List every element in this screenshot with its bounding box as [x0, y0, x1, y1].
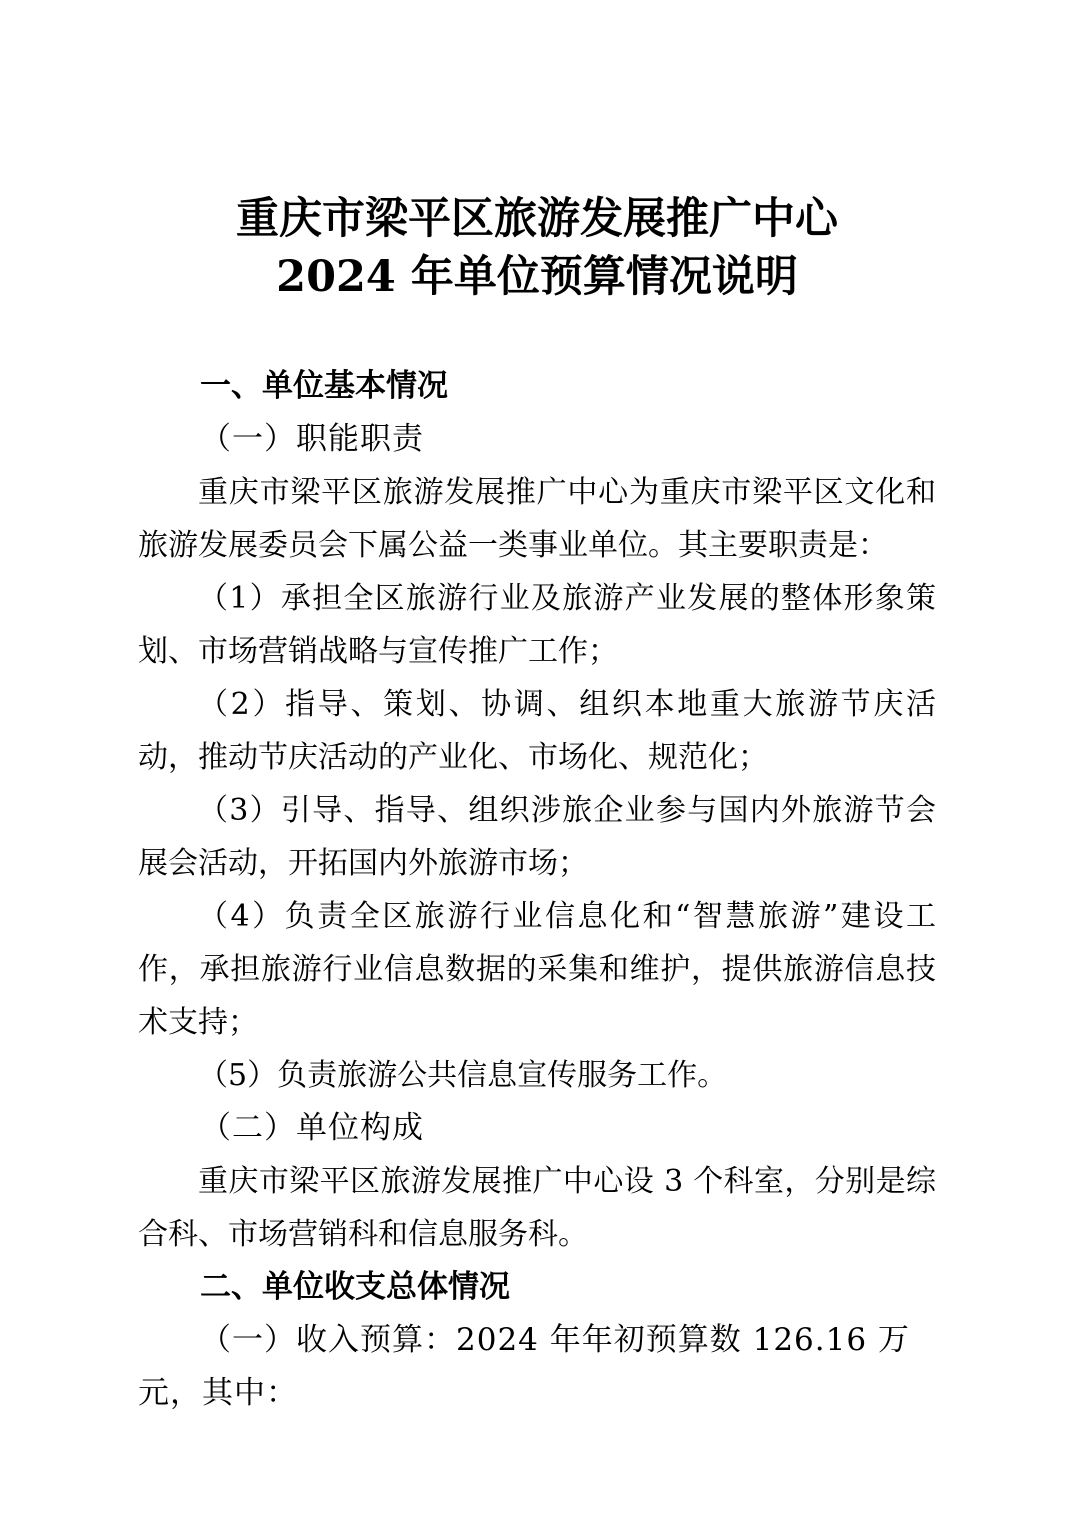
paragraph-duty-4: （4）负责全区旅游行业信息化和“智慧旅游”建设工作，承担旅游行业信息数据的采集和… [138, 890, 936, 1049]
paragraph-duty-2: （2）指导、策划、协调、组织本地重大旅游节庆活动，推动节庆活动的产业化、市场化、… [138, 678, 936, 784]
document-body: 一、单位基本情况 （一）职能职责 重庆市梁平区旅游发展推广中心为重庆市梁平区文化… [138, 360, 936, 1420]
paragraph-duty-5: （5）负责旅游公共信息宣传服务工作。 [138, 1049, 936, 1102]
document-page: 重庆市梁平区旅游发展推广中心 2024 年单位预算情况说明 一、单位基本情况 （… [0, 0, 1074, 1520]
section-1-heading: 一、单位基本情况 [138, 360, 936, 413]
document-title: 重庆市梁平区旅游发展推广中心 2024 年单位预算情况说明 [138, 190, 936, 306]
paragraph-duty-3: （3）引导、指导、组织涉旅企业参与国内外旅游节会展会活动，开拓国内外旅游市场； [138, 784, 936, 890]
subsection-1-2-heading: （二）单位构成 [138, 1102, 936, 1155]
paragraph-unit-structure: 重庆市梁平区旅游发展推广中心设 3 个科室，分别是综合科、市场营销科和信息服务科… [138, 1155, 936, 1261]
section-2-heading: 二、单位收支总体情况 [138, 1261, 936, 1314]
document-title-line-2: 2024 年单位预算情况说明 [138, 248, 936, 306]
paragraph-unit-intro: 重庆市梁平区旅游发展推广中心为重庆市梁平区文化和旅游发展委员会下属公益一类事业单… [138, 466, 936, 572]
subsection-1-1-heading: （一）职能职责 [138, 413, 936, 466]
paragraph-income-budget: （一）收入预算：2024 年年初预算数 126.16 万元，其中： [138, 1314, 936, 1420]
paragraph-duty-1: （1）承担全区旅游行业及旅游产业发展的整体形象策划、市场营销战略与宣传推广工作； [138, 572, 936, 678]
document-title-line-1: 重庆市梁平区旅游发展推广中心 [138, 190, 936, 248]
